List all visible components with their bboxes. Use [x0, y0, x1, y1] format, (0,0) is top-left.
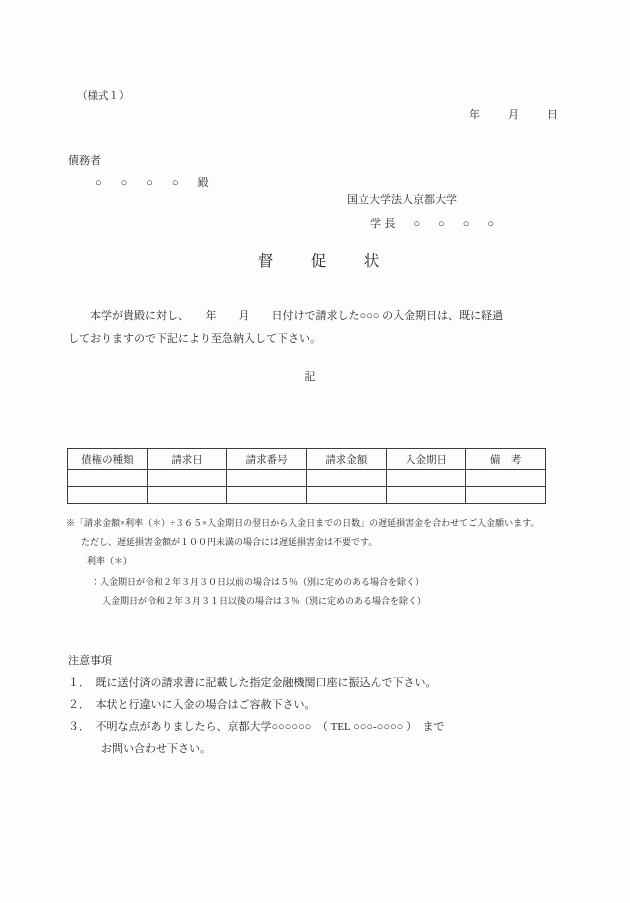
header-cell-remarks: 備 考 — [466, 449, 546, 470]
letter-title: 督 促 状 — [0, 249, 630, 271]
header-cell-billing-number: 請求番号 — [227, 449, 307, 470]
note-rate-after-date: 入金期日が令和２年３月３１日以後の場合は３％（別に定めのある場合を除く） — [102, 594, 426, 607]
note-late-fee-formula: ※「請求金額×利率（＊）÷３６５×入金期日の翌日から入金日までの日数」の遅延損害… — [66, 516, 539, 529]
table-cell — [147, 470, 227, 487]
debtor-label: 債務者 — [68, 152, 101, 168]
table-cell — [306, 470, 386, 487]
header-cell-billing-amount: 請求金額 — [306, 449, 386, 470]
table-cell — [306, 487, 386, 504]
header-cell-billing-date: 請求日 — [147, 449, 227, 470]
sender-president-line: 学長 ○ ○ ○ ○ — [370, 215, 498, 231]
demand-letter-page: （様式１） 年 月 日 債務者 ○ ○ ○ ○ 殿 国立大学法人京都大学 学長 … — [0, 0, 630, 903]
table-cell — [386, 487, 466, 504]
caution-item-3-continuation: お問い合わせ下さい。 — [68, 740, 211, 756]
header-cell-payment-due: 入金期日 — [386, 449, 466, 470]
note-rate-label: 利率（＊） — [87, 554, 132, 567]
claim-table-header-row: 債権の種類 請求日 請求番号 請求金額 入金期日 備 考 — [68, 449, 546, 470]
table-cell — [227, 487, 307, 504]
header-cell-debt-type: 債権の種類 — [68, 449, 148, 470]
table-cell — [386, 470, 466, 487]
body-line-1: 本学が貴殿に対し、 年 月 日付けで請求した○○○ の入金期日は、既に経過 — [68, 307, 503, 323]
claim-table-row — [68, 487, 546, 504]
caution-item-2: ２． 本状と行違いに入金の場合はご容赦下さい。 — [68, 696, 316, 712]
note-rate-before-date: ：入金期日が令和２年３月３０日以前の場合は５％（別に定めのある場合を除く） — [91, 575, 424, 588]
caution-item-3: ３． 不明な点がありましたら、京都大学○○○○○○ （ TEL ○○○-○○○○… — [68, 718, 445, 734]
cautions-heading: 注意事項 — [68, 652, 112, 668]
sender-organization: 国立大学法人京都大学 — [347, 191, 457, 207]
table-cell — [68, 487, 148, 504]
table-cell — [68, 470, 148, 487]
debtor-name-placeholder: ○ ○ ○ ○ 殿 — [95, 174, 213, 190]
note-late-fee-exemption: ただし、遅延損害金額が１００円未満の場合には遅延損害金は不要です。 — [81, 535, 377, 548]
record-marker: 記 — [0, 368, 620, 384]
date-blank-line: 年 月 日 — [469, 106, 560, 122]
table-cell — [466, 487, 546, 504]
form-number-label: （様式１） — [77, 88, 130, 103]
claim-table-row — [68, 470, 546, 487]
caution-item-1: １． 既に送付済の請求書に記載した指定金融機関口座に振込んで下さい。 — [68, 674, 437, 690]
body-line-2: しておりますので下記により至急納入して下さい。 — [68, 330, 321, 346]
claim-table: 債権の種類 請求日 請求番号 請求金額 入金期日 備 考 — [67, 448, 546, 504]
table-cell — [147, 487, 227, 504]
table-cell — [227, 470, 307, 487]
table-cell — [466, 470, 546, 487]
